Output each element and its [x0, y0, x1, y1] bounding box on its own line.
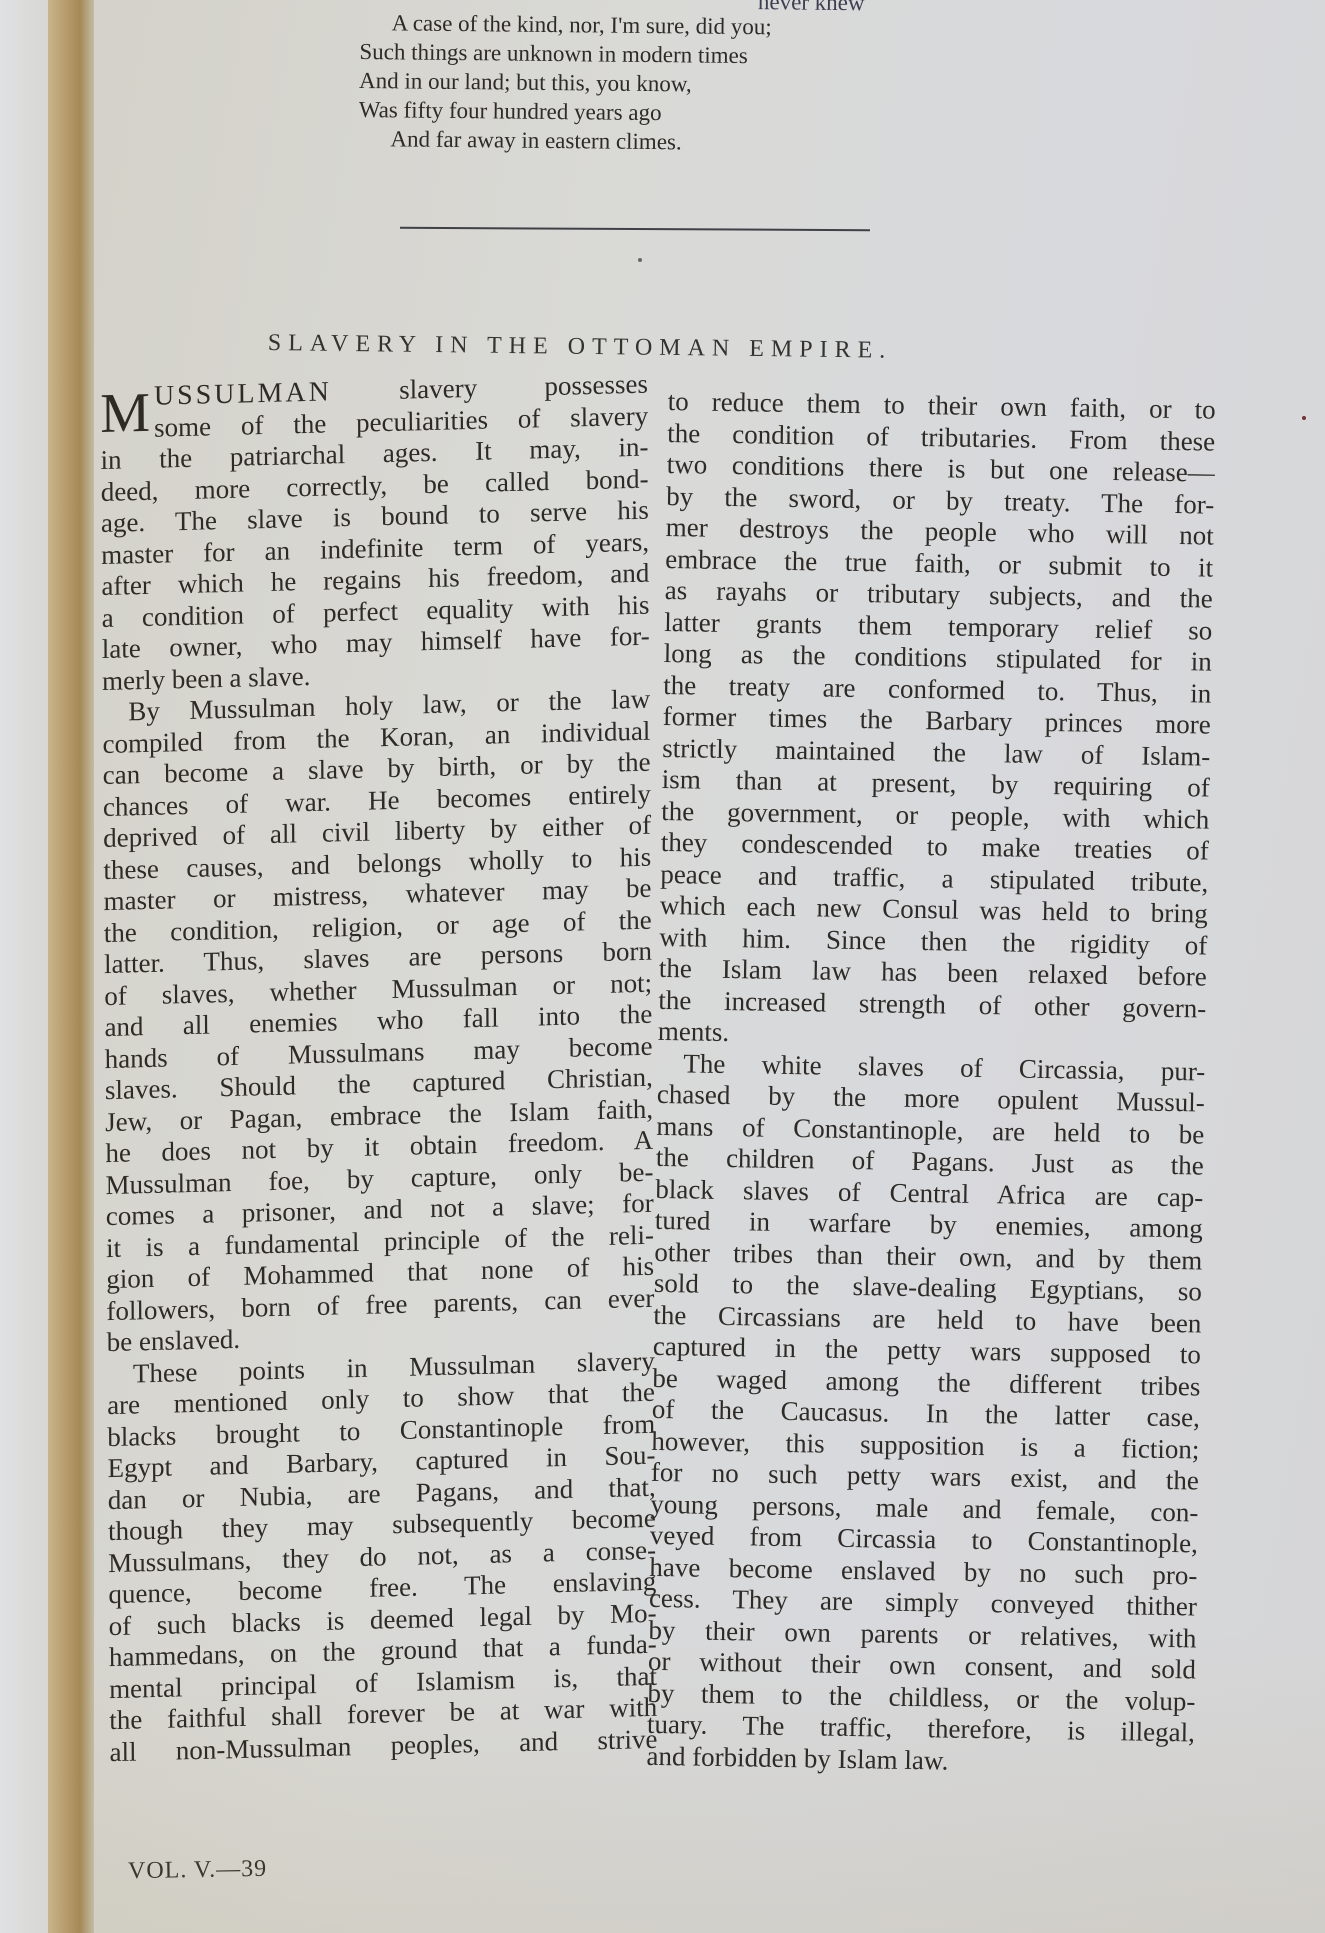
article-column-right: to reduce them to their own faith, or to…	[646, 386, 1216, 1780]
drop-cap: M	[100, 385, 150, 442]
poem-line: And far away in eastern climes.	[358, 124, 863, 158]
poem-stanza: never knew A case of the kind, nor, I'm …	[358, 0, 864, 158]
poem-line: never knew	[758, 0, 865, 13]
paper-speck	[638, 258, 642, 262]
left-margin	[0, 0, 50, 1933]
book-binding-edge	[48, 0, 94, 1933]
paper-speck	[1302, 416, 1306, 420]
lead-smallcaps: USSULMAN	[154, 376, 332, 411]
page-folio: VOL. V.—39	[128, 1856, 268, 1885]
article-column-left: MUSSULMAN slavery possesses some of the …	[100, 369, 658, 1769]
